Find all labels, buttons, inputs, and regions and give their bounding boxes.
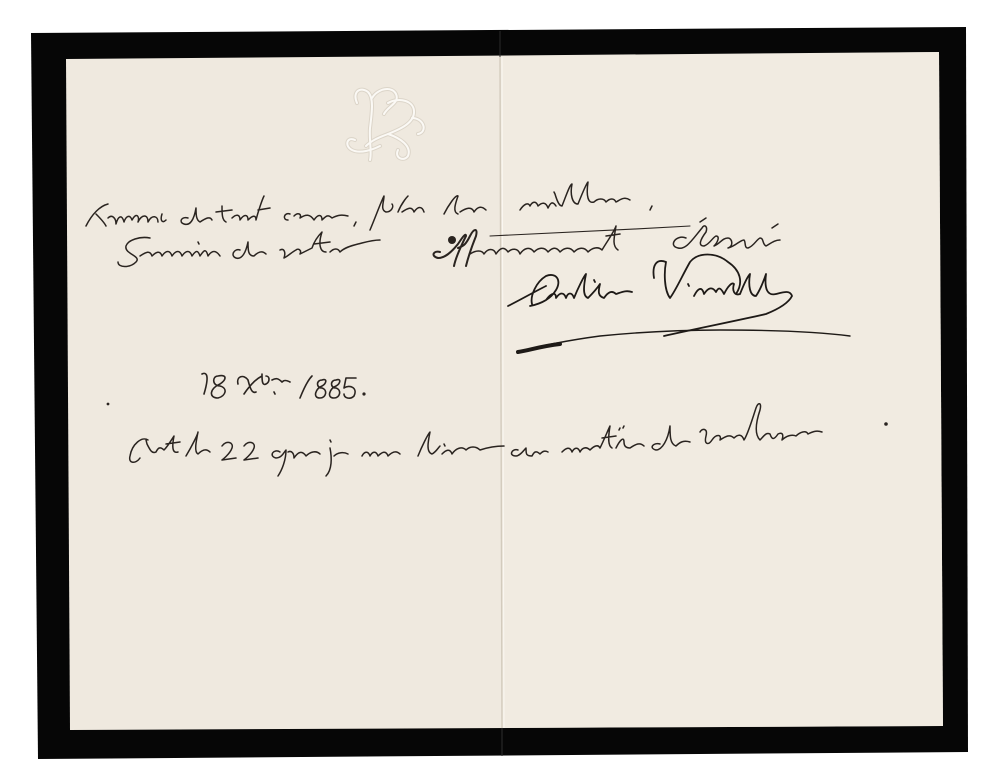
closing-line-1: A merci de tout cœur, plus les meilleurs bbox=[86, 196, 532, 221]
signature-text: Pauline Viardot bbox=[508, 276, 695, 304]
closing-line-2: souvenirs de votre affectueusement dévou… bbox=[118, 230, 617, 255]
mourning-card bbox=[0, 0, 1000, 783]
postscript-text: C'est le 22 que je me livre au métier de… bbox=[128, 430, 687, 455]
date-text: 18 Xbre 1885. bbox=[200, 374, 344, 398]
document-scan: A merci de tout cœur, plus les meilleurs… bbox=[0, 0, 1000, 783]
